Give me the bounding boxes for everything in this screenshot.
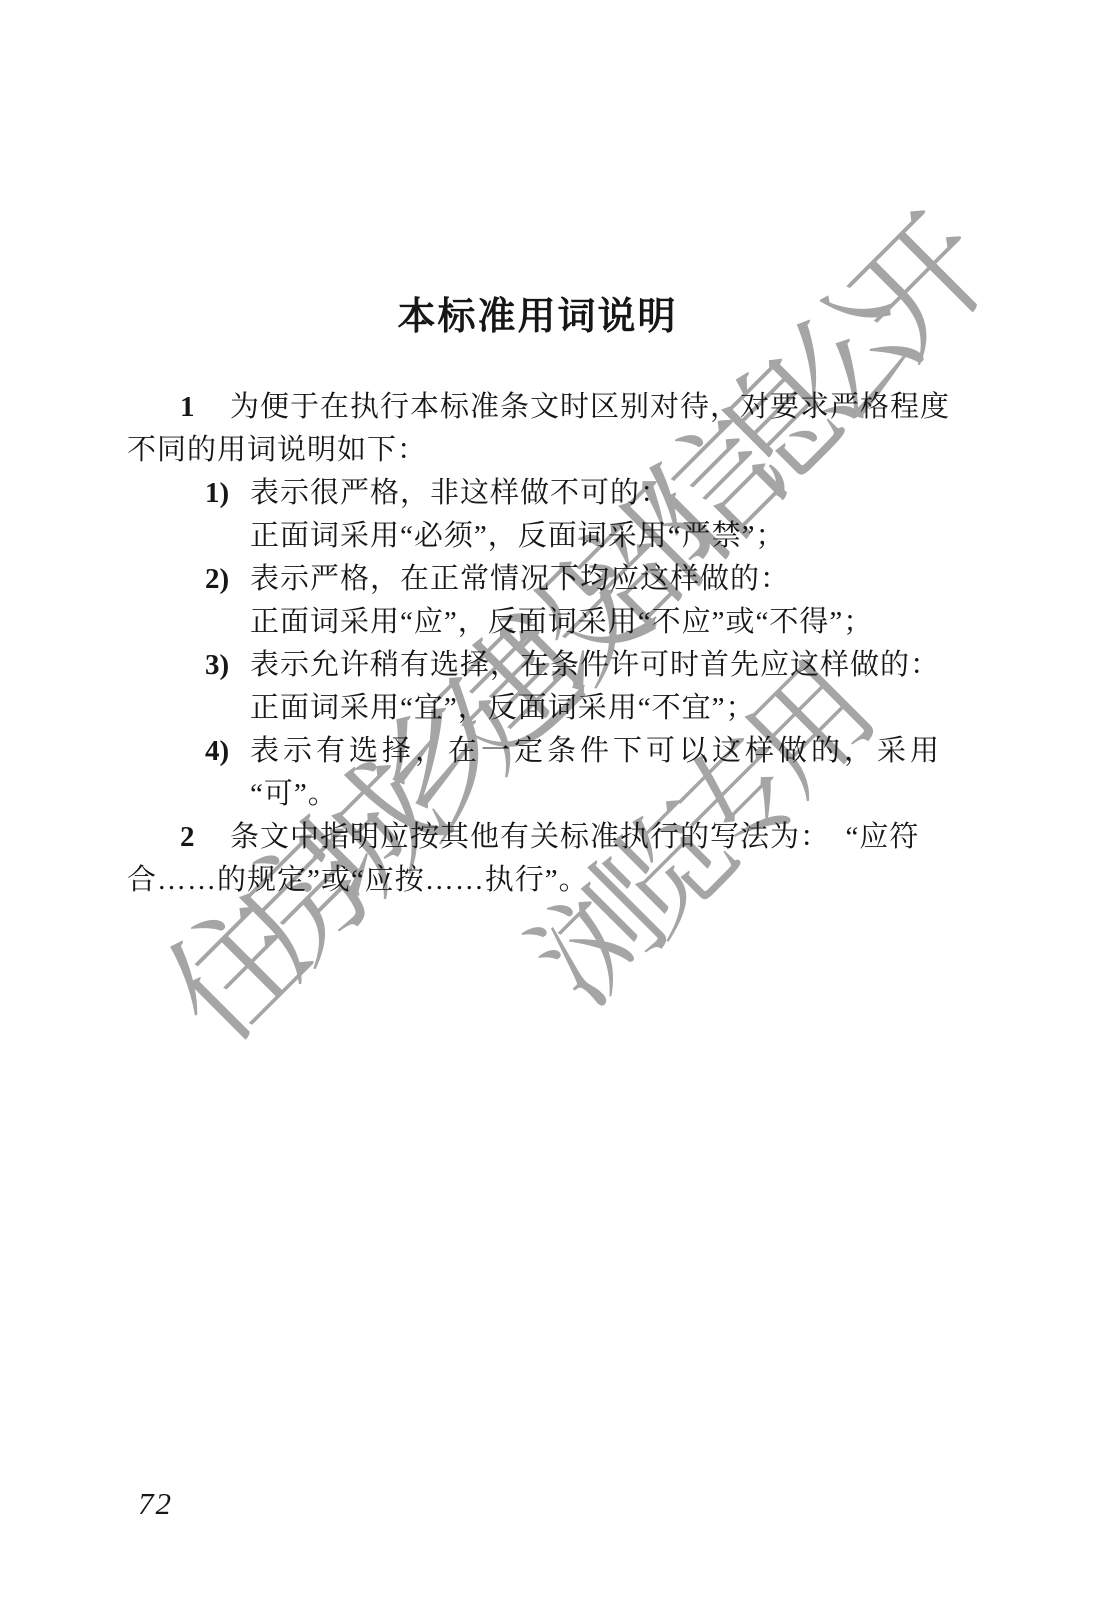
list-item-1-text: 表示很严格，非这样做不可的：	[250, 477, 670, 509]
list-item-1-line-1: 1)表示很严格，非这样做不可的：	[127, 472, 987, 515]
list-item-3-text: 表示允许稍有选择，在条件许可时首先应这样做的：	[250, 649, 940, 681]
list-item-3-line-1: 3)表示允许稍有选择，在条件许可时首先应这样做的：	[127, 644, 987, 687]
list-item-1-label: 1)	[205, 472, 229, 515]
list-item-2-text: 表示严格，在正常情况下均应这样做的：	[250, 563, 790, 595]
list-item-4-line-2: “可”。	[127, 773, 987, 816]
list-item-4-line-1: 4)表示有选择，在一定条件下可以这样做的，采用	[127, 730, 987, 773]
clause-1-line-1: 1为便于在执行本标准条文时区别对待，对要求严格程度	[127, 386, 987, 429]
list-item-3-line-2: 正面词采用“宜”，反面词采用“不宜”；	[127, 687, 987, 730]
list-item-2-line-2: 正面词采用“应”，反面词采用“不应”或“不得”；	[127, 601, 987, 644]
clause-2-line-1: 2条文中指明应按其他有关标准执行的写法为： “应符	[127, 816, 987, 859]
list-item-2-line-1: 2)表示严格，在正常情况下均应这样做的：	[127, 558, 987, 601]
document-page: 住房城乡建设部信息公开 浏览专用 本标准用词说明 1为便于在执行本标准条文时区别…	[0, 0, 1103, 1598]
clause-1-number: 1	[180, 386, 195, 429]
list-item-3-label: 3)	[205, 644, 229, 687]
page-number: 72	[138, 1486, 173, 1522]
clause-1-text: 为便于在执行本标准条文时区别对待，对要求严格程度	[230, 391, 950, 423]
body-text: 1为便于在执行本标准条文时区别对待，对要求严格程度 不同的用词说明如下： 1)表…	[127, 386, 987, 902]
list-item-1-line-2: 正面词采用“必须”，反面词采用“严禁”；	[127, 515, 987, 558]
clause-2-number: 2	[180, 816, 195, 859]
clause-2-line-2: 合……的规定”或“应按……执行”。	[127, 859, 987, 902]
list-item-2-label: 2)	[205, 558, 229, 601]
page-title: 本标准用词说明	[127, 293, 948, 341]
list-item-4-text: 表示有选择，在一定条件下可以这样做的，采用	[250, 735, 943, 767]
clause-2-text: 条文中指明应按其他有关标准执行的写法为： “应符	[230, 821, 919, 853]
clause-1-line-2: 不同的用词说明如下：	[127, 429, 987, 472]
list-item-4-label: 4)	[205, 730, 229, 773]
